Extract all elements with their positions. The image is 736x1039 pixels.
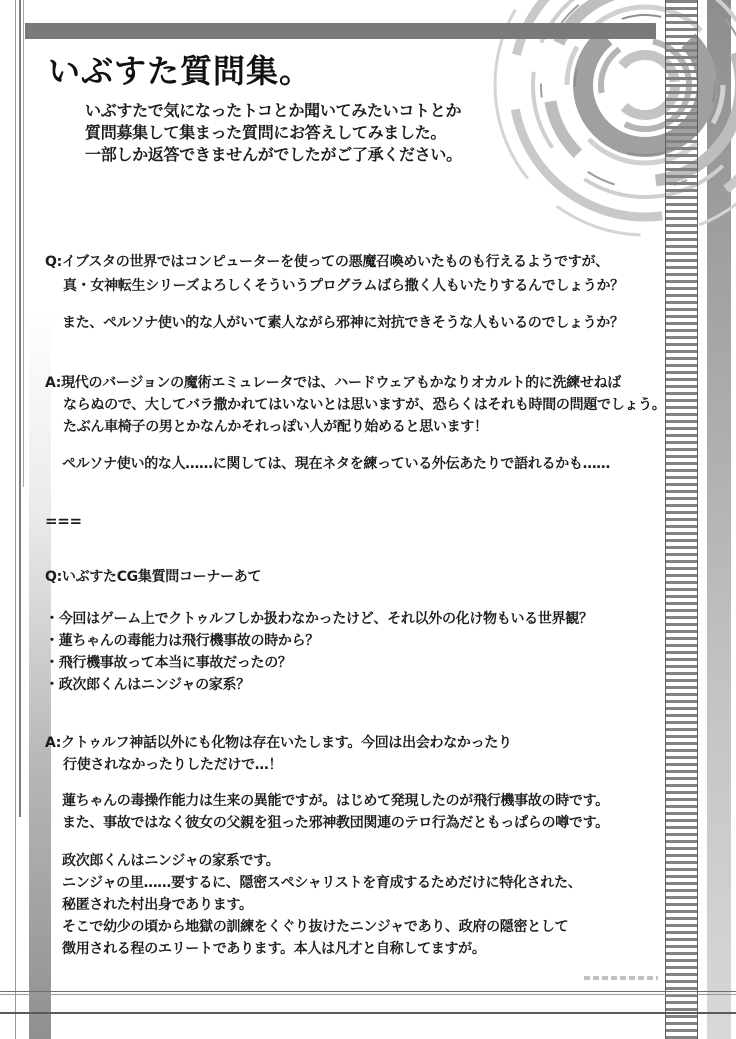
bullet-item: ・政次郎くんはニンジャの家系？ [45,674,593,696]
qa1-question: Q:イブスタの世界ではコンピューターを使っての悪魔召喚めいたものも行えるようです… [45,250,624,298]
bullet-item: ・蓮ちゃんの毒能力は飛行機事故の時から？ [45,630,593,652]
page-title: いぶすた質問集。 [48,46,312,92]
qa2-answer-p2: 蓮ちゃんの毒操作能力は生来の異能ですが。はじめて発現したのが飛行機事故の時です。… [62,790,609,834]
left-rule-outer [15,0,16,1039]
bottom-rule-3 [0,1012,736,1014]
striped-ladder-column [665,0,698,1039]
bullet-item: ・飛行機事故って本当に事故だったの？ [45,652,593,674]
bottom-rule-1 [0,991,736,992]
qa2-bullet-list: ・今回はゲーム上でクトゥルフしか扱わなかったけど、それ以外の化け物もいる世界観？… [45,608,593,696]
intro-paragraph: いぶすたで気になったトコとか聞いてみたいコトとか 質問募集して集まった質問にお答… [85,100,462,166]
bottom-rule-2 [0,994,736,995]
qa2-answer-p1: A:クトゥルフ神話以外にも化物は存在いたします。今回は出会わなかったり 行使され… [45,732,512,776]
fine-print-text [584,976,658,980]
qa1-answer: A:現代のバージョンの魔術エミュレータでは、ハードウェアもかなりオカルト的に洗練… [45,372,666,438]
bullet-item: ・今回はゲーム上でクトゥルフしか扱わなかったけど、それ以外の化け物もいる世界観？ [45,608,593,630]
qa1-question-extra: また、ペルソナ使い的な人がいて素人ながら邪神に対抗できそうな人もいるのでしょうか… [62,312,624,334]
section-divider: === [45,510,82,532]
left-rule-short [23,0,24,487]
document-page: いぶすた質問集。 いぶすたで気になったトコとか聞いてみたいコトとか 質問募集して… [0,0,736,1039]
qa2-answer-p3: 政次郎くんはニンジャの家系です。 ニンジャの里……要するに、隠密スペシャリストを… [62,850,581,960]
header-bar [25,23,656,39]
qa1-answer-extra: ペルソナ使い的な人……に関しては、現在ネタを練っている外伝あたりで語れるかも…… [62,453,610,475]
qa2-question-header: Q:いぶすたCG集質問コーナーあて [45,566,261,588]
left-rule-inner [19,0,21,817]
